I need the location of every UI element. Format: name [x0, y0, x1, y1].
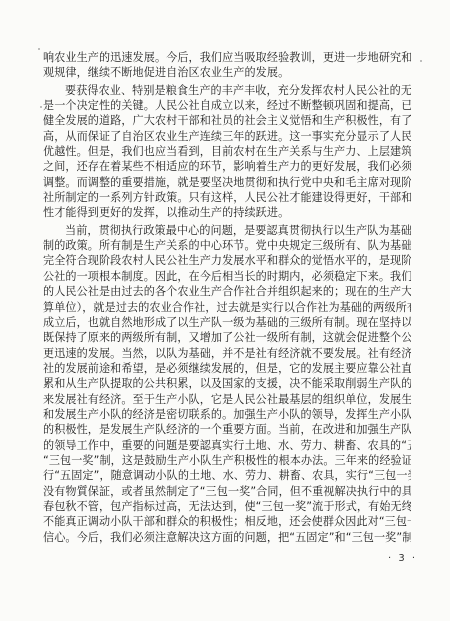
document-page: 响农业生产的迅速发展。今后，我们应当吸取经验教训，更进一步地研究和掌握自然客观规… — [0, 0, 450, 621]
scan-speck — [40, 106, 42, 108]
text-line: 春包秋不管，包产指标过高，无法达到，使“三包一奖”流于形式，有始无终，这就 — [43, 499, 411, 514]
text-line: 当前，贯彻执行政策最中心的问题，是要認真贯彻执行以生产队为基础的三级所有 — [43, 223, 411, 238]
text-line: 社的发展前途和希望，是必须继续发展的，但是，它的发展主要应靠公社直属企业的积 — [43, 361, 411, 376]
text-line: 调整。而调整的重要措施，就是要坚决地贯彻和执行党中央和毛主席对现阶段农村人民公 — [43, 175, 411, 190]
text-line: 来发展社有经济。至于生产小队，它是人民公社最基层的组织单位，发展生产队的经济 — [43, 392, 411, 407]
text-line: 社所制定的一系列方针政策。只有这样，人民公社才能建设得更好，干部和群众的积极 — [43, 190, 411, 205]
text-line: 的积极性，是发展生产队经济的一个重要方面。当前，在改进和加强生产队对生产小队 — [43, 422, 411, 437]
text-line: 健全发展的道路，广大农村干部和社员的社会主义觉悟和生产积极性，有了进一步的提 — [43, 113, 411, 128]
text-line: 累和从生产队提取的公共积累，以及国家的支援，决不能采取削弱生产队的经济的办法 — [43, 376, 411, 391]
text-line: 响农业生产的迅速发展。今后，我们应当吸取经验教训，更进一步地研究和掌握自然客 — [43, 50, 411, 65]
body-text: 响农业生产的迅速发展。今后，我们应当吸取经验教训，更进一步地研究和掌握自然客观规… — [43, 50, 411, 545]
page-number: · 3 · — [388, 553, 417, 564]
text-line: 成立后，也就自然地形成了以生产队一级为基础的三级所有制。现在坚持以队为基础， — [43, 315, 411, 330]
text-line: 的领导工作中，重要的问题是要認真实行土地、水、劳力、耕畜、农具的“五固定”和 — [43, 438, 411, 453]
text-line: 要获得农业、特别是粮食生产的丰产丰收，充分发挥农村人民公社的无比优越性， — [43, 83, 411, 98]
text-line: 性才能得到更好的发挥，以推动生产的持续跃进。 — [43, 205, 411, 220]
text-line: 观规律，继续不断地促进自治区农业生产的发展。 — [43, 65, 411, 80]
text-line: 完全符合现阶段农村人民公社生产力发展水平和群众的觉悟水平的，是现阶段农村人民 — [43, 253, 411, 268]
text-line: 之间，还存在着某些不相适应的环节，影响着生产力的更好发展，我们必须进一步加以 — [43, 159, 411, 174]
text-line: 更迅速的发展。当然，以队为基础，并不是社有经济就不要发展。社有经济代表人民公 — [43, 346, 411, 361]
text-line: 制的政策。所有制是生产关系的中心环节。党中央规定三级所有、队为基础的政策，是 — [43, 238, 411, 253]
text-line: 行“五固定”，随意调动小队的土地、水、劳力、耕畜、农具，实行“三包一奖”制就 — [43, 468, 411, 483]
text-line: 是一个决定性的关键。人民公社自成立以来，经过不断整顿巩固和提高，已日益走上 — [43, 98, 411, 113]
text-line: 的人民公社是由过去的各个农业生产合作社合并组织起来的；现在的生产大队（基本核 — [43, 284, 411, 299]
text-line: “三包一奖”制，这是鼓励生产小队生产积极性的根本办法。三年来的经验证明，不实 — [43, 453, 411, 468]
text-line: 没有物質保証，或者虽然制定了“三包一奖”合同，但不重视解决执行中的具体問題， — [43, 484, 411, 499]
scan-speck — [420, 60, 422, 62]
scan-speck — [315, 537, 317, 539]
text-line: 既保持了原来的两级所有制，又增加了公社一级所有制，这就会促进整个公社经济更好 — [43, 330, 411, 345]
text-line: 算单位），就是过去的农业合作社，过去就是实行以合作社为基础的两级所有制，公社 — [43, 300, 411, 315]
text-line: 高，从而保证了自治区农业生产连续三年的跃进。这一事实充分显示了人民公社的无比 — [43, 129, 411, 144]
text-line: 和发展生产小队的经济是密切联系的。加强生产小队的领导，发挥生产小队干部和社员 — [43, 407, 411, 422]
text-line: 不能真正调动小队干部和群众的积极性；相反地，还会使群众因此对“三包一奖”失去 — [43, 514, 411, 529]
scan-speck — [38, 48, 40, 50]
text-line: 公社的一项根本制度。因此，在今后相当长的时期内，必须稳定下来。我们知道，现在 — [43, 269, 411, 284]
text-line: 信心。今后，我们必须注意解决这方面的问题，把“五固定”和“三包一奖”制进一步 — [43, 530, 411, 545]
text-line: 优越性。但是，我们也应当看到，目前农村在生产关系与生产力、上层建筑与经济基础 — [43, 144, 411, 159]
